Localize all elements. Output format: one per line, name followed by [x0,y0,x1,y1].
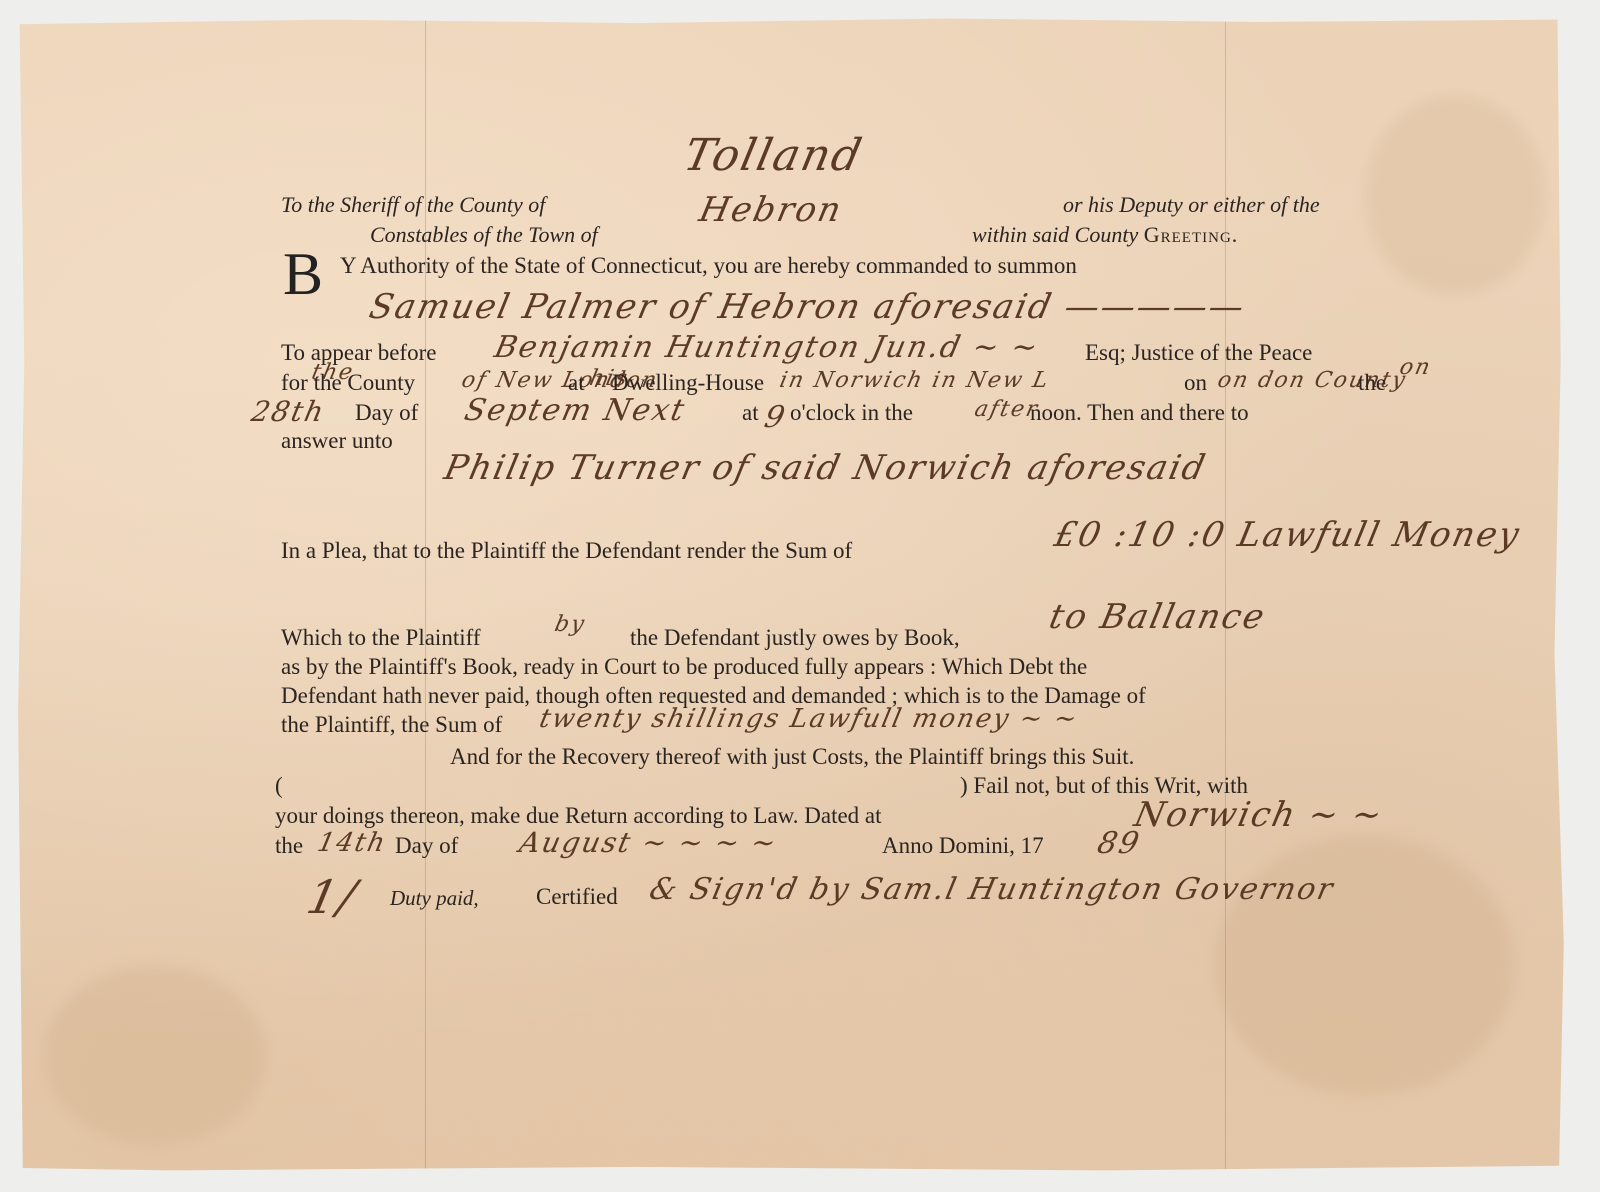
handwritten-defendant: Samuel Palmer of Hebron aforesaid ————— [366,287,1250,327]
handwritten-day: 28th [248,395,328,428]
handwritten-dated-at: Norwich ~ ~ [1131,795,1387,835]
plea-line: In a Plea, that to the Plaintiff the Def… [281,538,852,564]
constables-line: Constables of the Town of [370,222,598,248]
greeting: Greeting. [1144,222,1239,247]
document-paper [15,15,1570,1175]
handwritten-date-day: 14th [315,828,390,858]
which-to-plaintiff: Which to the Plaintiff [281,625,481,651]
handwritten-the: the [309,360,356,385]
justice-of-peace: Esq; Justice of the Peace [1085,340,1312,366]
recovery-line: And for the Recovery thereof with just C… [450,744,1134,770]
handwritten-year: 89 [1094,826,1144,861]
handwritten-justice: Benjamin Huntington Jun.d ~ ~ [491,330,1042,365]
authority-line: Y Authority of the State of Connecticut,… [340,253,1077,279]
at-hour: at [742,400,759,426]
handwritten-damage: twenty shillings Lawfull money ~ ~ [537,704,1081,734]
greeting-line: within said County Greeting. [972,222,1238,248]
on-label: on [1184,370,1207,396]
duty-paid: Duty paid, [390,886,479,911]
day-of: Day of [355,400,418,426]
handwritten-balance: to Ballance [1046,597,1270,637]
certified: Certified [536,884,618,910]
stain [1365,95,1545,295]
plaintiffs-book-line: as by the Plaintiff's Book, ready in Cou… [281,654,1087,680]
the-label-date: the [275,833,303,859]
dropcap-b: B [283,244,323,304]
handwritten-sum: £0 :10 :0 Lawfull Money [1051,515,1525,555]
anno-domini: Anno Domini, 17 [882,833,1044,859]
justly-owes: the Defendant justly owes by Book, [630,625,960,651]
handwritten-by: by [552,612,588,637]
handwritten-plaintiff: Philip Turner of said Norwich aforesaid [441,448,1211,488]
handwritten-month: Septem Next [461,393,689,428]
within-county: within said County [972,222,1138,247]
deputy-line: or his Deputy or either of the [1063,192,1320,218]
stain [45,965,265,1145]
appear-before: To appear before [281,340,436,366]
sheriff-line: To the Sheriff of the County of [281,192,545,218]
handwritten-county: Tolland [680,130,868,181]
fold-line-left [425,15,426,1175]
handwritten-on-above: on [1397,355,1434,380]
noon-then-there: noon. Then and there to [1030,400,1249,426]
paren-open: ( [275,773,283,799]
handwritten-date-month: August ~ ~ ~ ~ [516,826,780,859]
answer-unto: answer unto [281,428,393,454]
handwritten-town: Hebron [696,190,847,230]
the-label: the [1358,370,1386,396]
day-of-date: Day of [395,833,458,859]
handwritten-dwelling-in: in Norwich in New L [777,368,1052,393]
oclock: o'clock in the [790,400,913,426]
damage-sum-label: the Plaintiff, the Sum of [281,712,502,738]
handwritten-signature: & Sign'd by Sam.l Huntington Governor [646,872,1337,907]
